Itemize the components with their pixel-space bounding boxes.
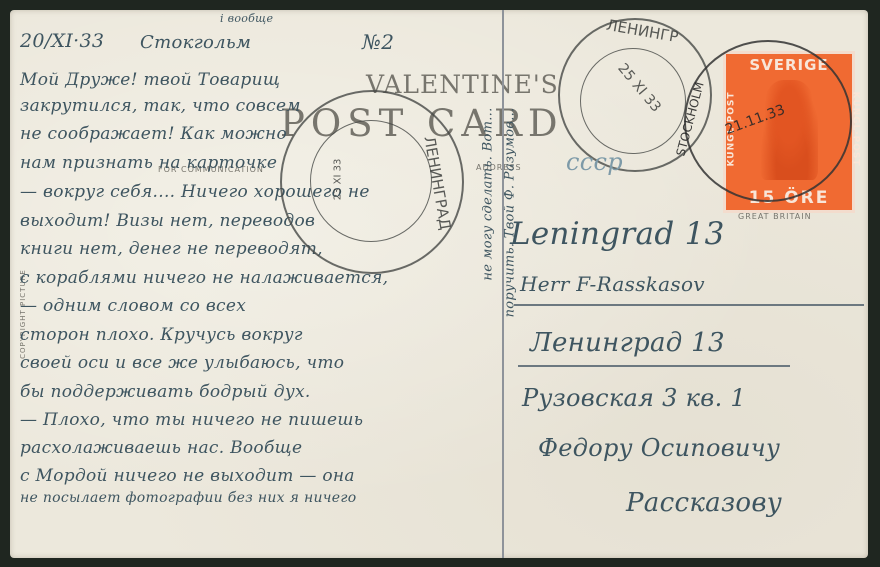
postmark-leningrad-transit: ЛЕНИНГРАД 23 XI 33 <box>280 90 464 274</box>
message-line: не соображает! Как можно <box>20 124 287 144</box>
message-line: своей оси и все же улыбаюсь, что <box>20 353 344 373</box>
great-britain-label: GREAT BRITAIN <box>738 212 812 221</box>
message-date: 20/XI·33 <box>20 30 104 52</box>
message-city: Стокгольм <box>140 32 251 53</box>
address-line-1: Leningrad 13 <box>510 216 725 252</box>
message-line: — Плохо, что ты ничего не пишешь <box>20 410 363 430</box>
pencil-note: ссср <box>566 148 623 176</box>
message-line: выходит! Визы нет, переводов <box>20 211 315 231</box>
message-line: с Мордой ничего не выходит — она <box>20 466 355 486</box>
message-line: Мой Друже! твой Товарищ <box>20 70 280 90</box>
message-line: сторон плохо. Кручусь вокруг <box>20 325 303 345</box>
margin-note-1: не могу сделать. Вот... <box>481 108 496 528</box>
message-line: с кораблями ничего не налаживается, <box>20 268 388 288</box>
address-line-6: Рассказову <box>626 488 782 518</box>
address-line-2: Herr F-Rasskasov <box>520 272 705 296</box>
message-number: №2 <box>362 30 394 54</box>
message-line: закрутился, так, что совсем <box>20 96 301 116</box>
address-rule-1 <box>514 304 864 306</box>
message-line: нам признать на карточке <box>20 153 277 173</box>
message-line: — одним словом со всех <box>20 296 246 316</box>
address-line-5: Федору Осиповичу <box>538 434 780 462</box>
address-line-4: Рузовская 3 кв. 1 <box>522 384 746 412</box>
address-rule-2 <box>518 365 790 367</box>
message-line: книги нет, денег не переводят, <box>20 239 323 259</box>
message-line: бы поддерживать бодрый дух. <box>20 382 311 402</box>
margin-note-2: поручить. Твой Ф. Разумов... <box>503 108 518 528</box>
postcard: VALENTINE'S POST CARD FOR COMMUNICATION … <box>10 10 868 558</box>
message-line: не посылает фотографии без них я ничего <box>20 490 357 506</box>
message-line: расхолаживаешь нас. Вообще <box>20 438 302 458</box>
message-insert: i вообще <box>220 12 273 25</box>
postmark-stockholm: 21.11.33 STOCKHOLM <box>684 40 852 202</box>
address-line-3: Ленинград 13 <box>530 328 725 358</box>
